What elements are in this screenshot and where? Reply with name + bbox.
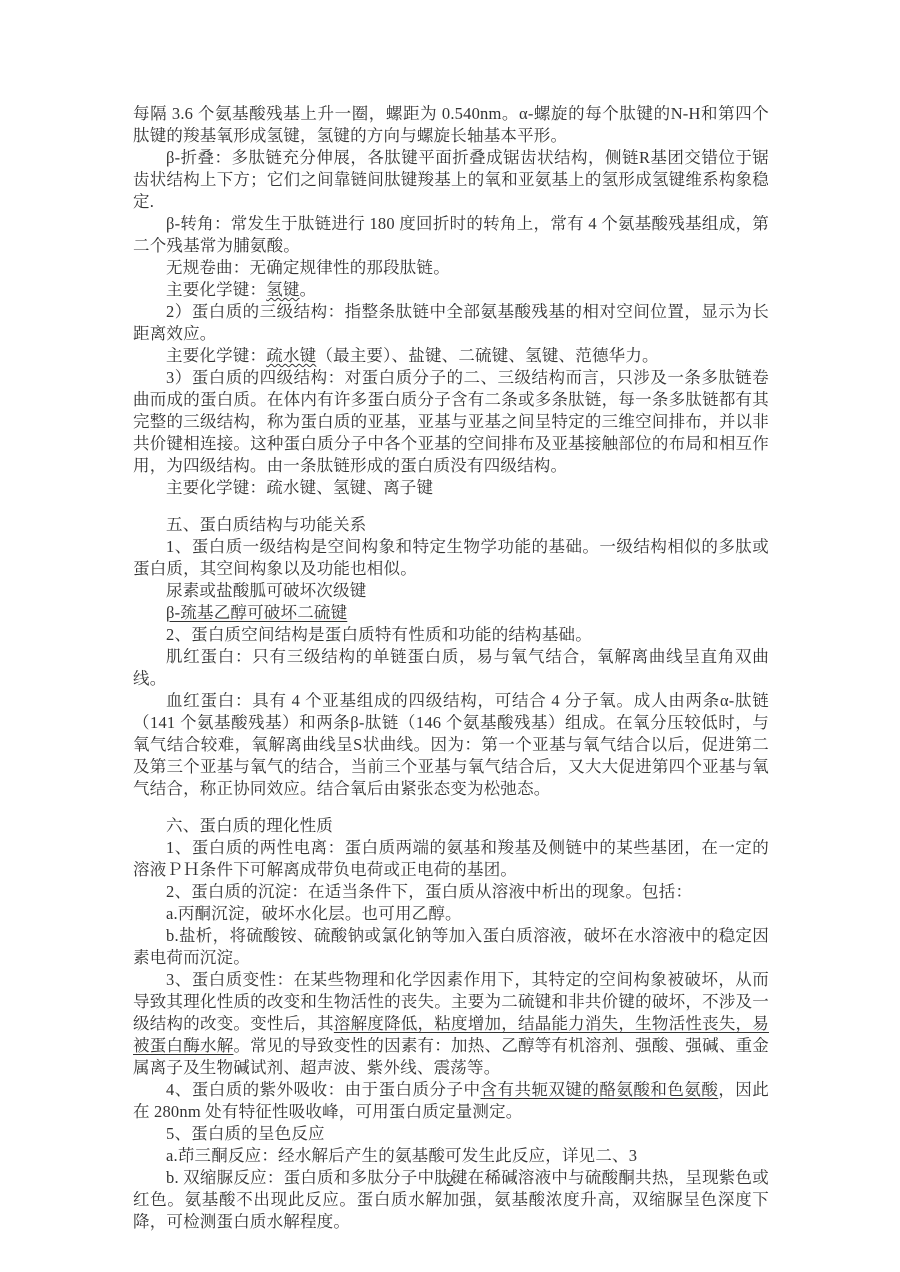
paragraph: 血红蛋白：具有 4 个亚基组成的四级结构，可结合 4 分子氧。成人由两条α-肽链…: [133, 690, 769, 800]
text-run: 六、蛋白质的理化性质: [166, 816, 333, 835]
section-heading: 五、蛋白质结构与功能关系: [133, 514, 769, 536]
text-run: β-折叠：多肽链充分伸展，各肽键平面折叠成锯齿状结构，侧链R基团交错位于锯齿状结…: [133, 148, 769, 211]
paragraph: 主要化学键：疏水键、氢键、离子键: [133, 477, 769, 499]
text-run: 3）蛋白质的四级结构：对蛋白质分子的二、三级结构而言，只涉及一条多肽链卷曲而成的…: [133, 368, 769, 475]
text-run: 1、蛋白质一级结构是空间构象和特定生物学功能的基础。一级结构相似的多肽或蛋白质，…: [133, 537, 769, 578]
text-run: 五、蛋白质结构与功能关系: [166, 515, 366, 534]
text-run: 主要化学键：疏水键、氢键、离子键: [166, 478, 433, 497]
text-run: a.丙酮沉淀，破坏水化层。也可用乙醇。: [166, 904, 462, 923]
text-run: 每隔 3.6 个氨基酸残基上升一圈，螺距为 0.540nm。α-螺旋的每个肽键的…: [133, 104, 769, 145]
text-run: 。: [300, 280, 317, 299]
paragraph: 5、蛋白质的呈色反应: [133, 1123, 769, 1145]
paragraph: 肌红蛋白：只有三级结构的单链蛋白质，易与氧气结合，氧解离曲线呈直角双曲线。: [133, 646, 769, 690]
underlined-text-run: β-巯基乙醇可破坏二硫键: [166, 603, 347, 622]
document-body: 每隔 3.6 个氨基酸残基上升一圈，螺距为 0.540nm。α-螺旋的每个肽键的…: [133, 103, 769, 1233]
text-run: b.盐析，将硫酸铵、硫酸钠或氯化钠等加入蛋白质溶液，破坏在水溶液中的稳定因素电荷…: [133, 926, 769, 967]
paragraph: β-转角：常发生于肽链进行 180 度回折时的转角上，常有 4 个氨基酸残基组成…: [133, 213, 769, 257]
paragraph: 3、蛋白质变性：在某些物理和化学因素作用下，其特定的空间构象被破坏，从而导致其理…: [133, 969, 769, 1079]
paragraph: 2）蛋白质的三级结构：指整条肽链中全部氨基酸残基的相对空间位置，显示为长距离效应…: [133, 301, 769, 345]
paragraph: 2、蛋白质的沉淀：在适当条件下，蛋白质从溶液中析出的现象。包括：: [133, 881, 769, 903]
document-page: 每隔 3.6 个氨基酸残基上升一圈，螺距为 0.540nm。α-螺旋的每个肽键的…: [0, 0, 900, 1272]
text-run: 血红蛋白：具有 4 个亚基组成的四级结构，可结合 4 分子氧。成人由两条α-肽链…: [133, 691, 769, 798]
text-run: 1、蛋白质的两性电离：蛋白质两端的氨基和羧基及侧链中的某些基团，在一定的溶液ＰＨ…: [133, 838, 769, 879]
paragraph: 1、蛋白质一级结构是空间构象和特定生物学功能的基础。一级结构相似的多肽或蛋白质，…: [133, 536, 769, 580]
text-run: 2、蛋白质的沉淀：在适当条件下，蛋白质从溶液中析出的现象。包括：: [166, 882, 692, 901]
text-run: 肌红蛋白：只有三级结构的单链蛋白质，易与氧气结合，氧解离曲线呈直角双曲线。: [133, 647, 769, 688]
text-run: 2、蛋白质空间结构是蛋白质特有性质和功能的结构基础。: [166, 625, 592, 644]
paragraph: b.盐析，将硫酸铵、硫酸钠或氯化钠等加入蛋白质溶液，破坏在水溶液中的稳定因素电荷…: [133, 925, 769, 969]
section-heading: 六、蛋白质的理化性质: [133, 815, 769, 837]
text-run: 主要化学键：: [166, 346, 266, 365]
text-run: 尿素或盐酸胍可破坏次级键: [166, 581, 366, 600]
paragraph: 3）蛋白质的四级结构：对蛋白质分子的二、三级结构而言，只涉及一条多肽链卷曲而成的…: [133, 367, 769, 477]
paragraph: 1、蛋白质的两性电离：蛋白质两端的氨基和羧基及侧链中的某些基团，在一定的溶液ＰＨ…: [133, 837, 769, 881]
text-run: （最主要）、盐键、二硫键、氢键、范德华力。: [316, 346, 658, 365]
text-run: 2）蛋白质的三级结构：指整条肽链中全部氨基酸残基的相对空间位置，显示为长距离效应…: [133, 302, 769, 343]
paragraph: a.茚三酮反应：经水解后产生的氨基酸可发生此反应，详见二、3: [133, 1145, 769, 1167]
underlined-text-run: 含有共轭双键的酪氨酸和色氨酸: [481, 1080, 719, 1099]
text-run: 5、蛋白质的呈色反应: [166, 1124, 325, 1143]
paragraph: β-巯基乙醇可破坏二硫键: [133, 602, 769, 624]
text-run: β-转角：常发生于肽链进行 180 度回折时的转角上，常有 4 个氨基酸残基组成…: [133, 214, 769, 255]
text-run: 主要化学键：: [166, 280, 266, 299]
text-run: 4、蛋白质的紫外吸收：由于蛋白质分子中: [166, 1080, 481, 1099]
page-number: 2: [446, 1173, 454, 1190]
paragraph: 尿素或盐酸胍可破坏次级键: [133, 580, 769, 602]
paragraph: β-折叠：多肽链充分伸展，各肽键平面折叠成锯齿状结构，侧链R基团交错位于锯齿状结…: [133, 147, 769, 213]
text-run: a.茚三酮反应：经水解后产生的氨基酸可发生此反应，详见二、3: [166, 1146, 637, 1165]
underlined-text-run: 疏水键: [266, 346, 316, 365]
paragraph: 4、蛋白质的紫外吸收：由于蛋白质分子中含有共轭双键的酪氨酸和色氨酸，因此在 28…: [133, 1079, 769, 1123]
paragraph: 主要化学键：疏水键（最主要）、盐键、二硫键、氢键、范德华力。: [133, 345, 769, 367]
page-footer: 2: [0, 1173, 900, 1191]
text-run: 无规卷曲：无确定规律性的那段肽链。: [166, 258, 450, 277]
underlined-text-run: 氢键: [266, 280, 299, 299]
paragraph: 主要化学键：氢键。: [133, 279, 769, 301]
paragraph: 2、蛋白质空间结构是蛋白质特有性质和功能的结构基础。: [133, 624, 769, 646]
paragraph: 每隔 3.6 个氨基酸残基上升一圈，螺距为 0.540nm。α-螺旋的每个肽键的…: [133, 103, 769, 147]
paragraph: a.丙酮沉淀，破坏水化层。也可用乙醇。: [133, 903, 769, 925]
paragraph: 无规卷曲：无确定规律性的那段肽链。: [133, 257, 769, 279]
